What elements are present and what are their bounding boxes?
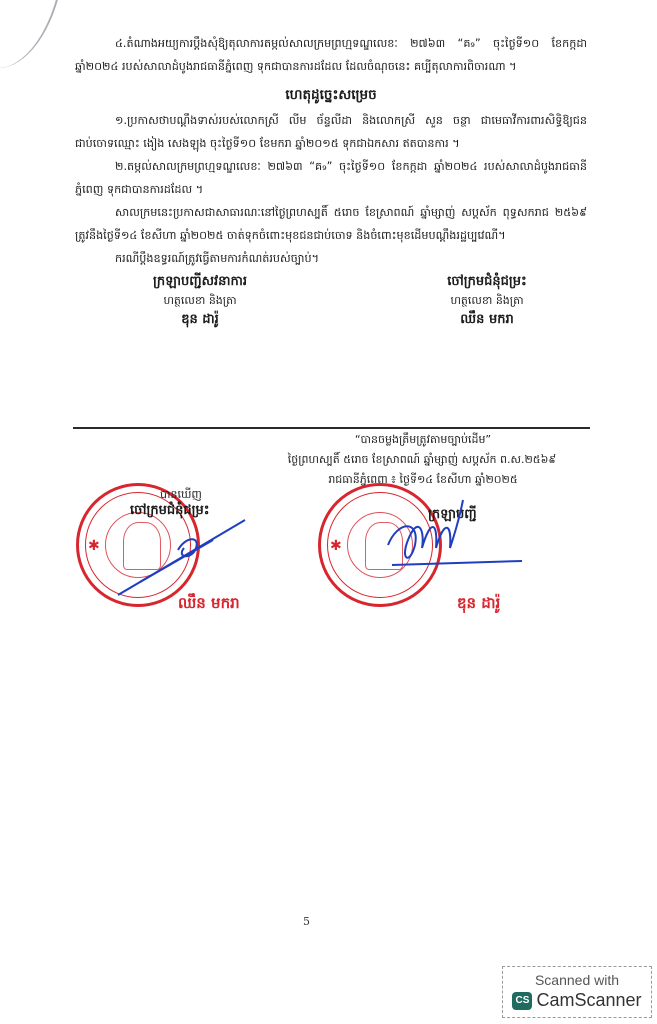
paragraph-4: ៤.តំណាងអយ្យការប្ដឹងសុំឱ្យតុលាការតម្កល់សា… [75,32,587,78]
appeal-note: ករណីប្ដឹងឧទ្ធរណ៍ត្រូវធ្វើតាមការកំណត់របស់… [75,247,587,270]
judgment-body: ៤.តំណាងអយ្យការប្ដឹងសុំឱ្យតុលាការតម្កល់សា… [75,32,587,329]
certified-copy-quote: “បានចម្លងត្រឹមត្រូវតាមច្បាប់ដើម” [248,430,598,450]
watermark-top-text: Scanned with [503,972,651,988]
clerk-name: ឌុន ដារ៉ូ [100,310,300,329]
public-ruling-paragraph: សាលក្រមនេះប្រកាសជាសាធារណៈនៅថ្ងៃព្រហស្បតិ… [75,201,587,247]
copy-clerk-title: ក្រឡាបញ្ជី [428,506,477,525]
judge-signature-block: ចៅក្រមជំនុំជម្រះ ហត្ថលេខា និងត្រា ឈឹន មក… [387,272,587,329]
divider-line [73,427,590,429]
court-seal-icon: ✱ [318,483,442,607]
camscanner-logo-icon: CS [512,992,532,1010]
seen-judge-name: ឈឹន មករា [178,594,240,616]
copy-clerk-name: ឌុន ដារ៉ូ [457,594,500,616]
seal-star-icon: ✱ [330,538,342,554]
judge-title: ចៅក្រមជំនុំជម្រះ [387,272,587,291]
judge-name: ឈឹន មករា [387,310,587,329]
decision-2: ២.តម្កល់សាលក្រមព្រហ្មទណ្ឌលេខៈ ២៧៦៣ “គ₉” … [75,155,587,201]
seal-emblem-icon [123,522,161,570]
decision-heading: ហេតុដូច្នេះសម្រេច [75,84,587,107]
decision-1: ១.ប្រកាសថាបណ្ដឹងទាស់របស់លោកស្រី លីម ច័ន្… [75,109,587,155]
clerk-sign-label: ហត្ថលេខា និងត្រា [100,291,300,310]
place-date: រាជធានីភ្នំពេញ ៖ ថ្ងៃទី១៤ ខែសីហា ឆ្នាំ២០… [248,470,598,490]
lunar-date: ថ្ងៃព្រហស្បតិ៍ ៥រោច ខែស្រាពណ៍ ឆ្នាំម្សាញ… [246,450,598,470]
judge-sign-label: ហត្ថលេខា និងត្រា [387,291,587,310]
watermark-brand: CamScanner [536,990,641,1011]
seal-star-icon: ✱ [88,538,100,554]
page-number: 5 [303,915,310,928]
camscanner-watermark: Scanned with CS CamScanner [502,966,652,1018]
signature-row: ក្រឡាបញ្ជីសវនាការ ហត្ថលេខា និងត្រា ឌុន ដ… [75,272,587,329]
seal-emblem-icon [365,522,403,570]
seen-judge-title: ចៅក្រមជំនុំជម្រះ [130,502,209,521]
certified-copy-block: “បានចម្លងត្រឹមត្រូវតាមច្បាប់ដើម” ថ្ងៃព្រ… [248,430,598,490]
clerk-signature-block: ក្រឡាបញ្ជីសវនាការ ហត្ថលេខា និងត្រា ឌុន ដ… [100,272,300,329]
clerk-title: ក្រឡាបញ្ជីសវនាការ [100,272,300,291]
watermark-brand-row: CS CamScanner [503,990,651,1011]
scan-page-curl-shadow [0,0,60,78]
